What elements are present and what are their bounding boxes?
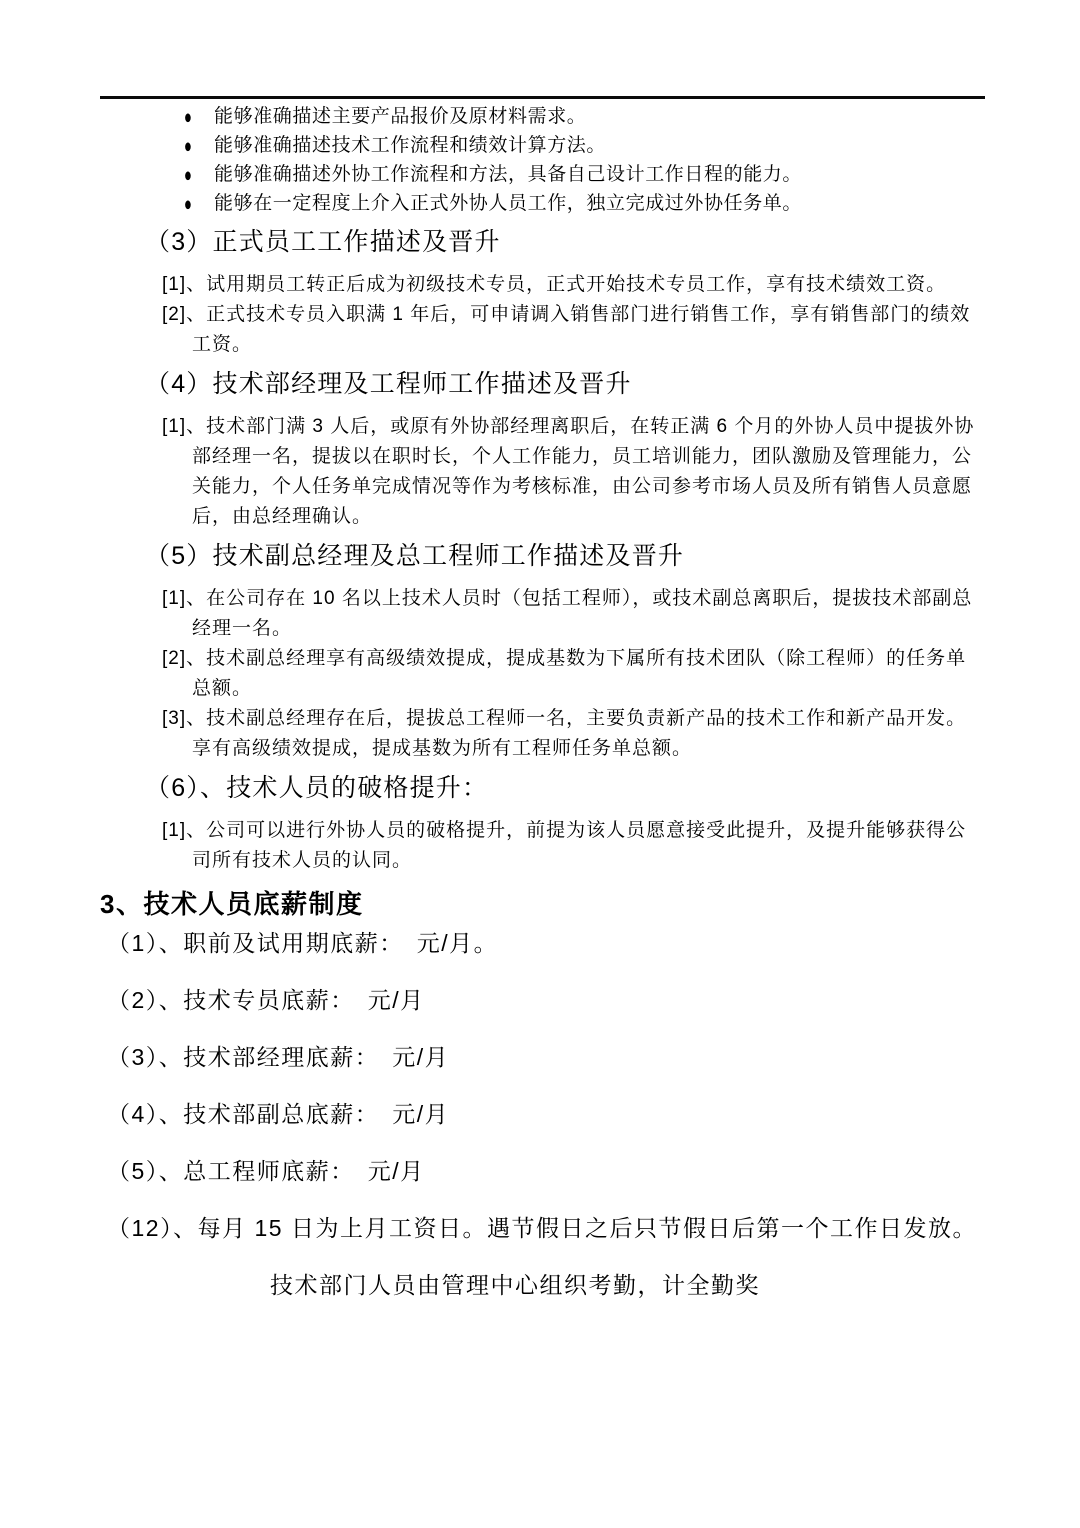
bullet-item: ● 能够准确描述主要产品报价及原材料需求。 bbox=[214, 102, 985, 131]
numbered-item: [1]、在公司存在 10 名以上技术人员时（包括工程师），或技术副总离职后，提拔… bbox=[192, 584, 985, 644]
section-4-heading: （4）技术部经理及工程师工作描述及晋升 bbox=[145, 368, 985, 400]
salary-item: （12）、每月 15 日为上月工资日。遇节假日之后只节假日后第一个工作日发放。 bbox=[107, 1213, 985, 1243]
salary-section: 3、技术人员底薪制度 （1）、职前及试用期底薪： 元/月。 （2）、技术专员底薪… bbox=[100, 886, 985, 1300]
numbered-item: [1]、公司可以进行外协人员的破格提升，前提为该人员愿意接受此提升，及提升能够获… bbox=[192, 816, 985, 876]
bullet-item: ● 能够在一定程度上介入正式外协人员工作，独立完成过外协任务单。 bbox=[214, 189, 985, 218]
bullet-item: ● 能够准确描述外协工作流程和方法，具备自己设计工作日程的能力。 bbox=[214, 160, 985, 189]
bullet-item-text: 能够准确描述技术工作流程和绩效计算方法。 bbox=[214, 135, 606, 156]
bullet-item-text: 能够在一定程度上介入正式外协人员工作，独立完成过外协任务单。 bbox=[214, 193, 802, 214]
numbered-item: [3]、技术副总经理存在后，提拔总工程师一名，主要负责新产品的技术工作和新产品开… bbox=[192, 704, 985, 764]
salary-item: （3）、技术部经理底薪： 元/月 bbox=[107, 1042, 985, 1072]
bullet-item-text: 能够准确描述主要产品报价及原材料需求。 bbox=[214, 106, 586, 127]
section-6: （6）、技术人员的破格提升： [1]、公司可以进行外协人员的破格提升，前提为该人… bbox=[100, 772, 985, 876]
section-5: （5）技术副总经理及总工程师工作描述及晋升 [1]、在公司存在 10 名以上技术… bbox=[100, 540, 985, 764]
document-page: ● 能够准确描述主要产品报价及原材料需求。 ● 能够准确描述技术工作流程和绩效计… bbox=[0, 0, 1080, 1528]
intro-bullet-list: ● 能够准确描述主要产品报价及原材料需求。 ● 能够准确描述技术工作流程和绩效计… bbox=[100, 102, 985, 218]
salary-item: （5）、总工程师底薪： 元/月 bbox=[107, 1156, 985, 1186]
bullet-item-text: 能够准确描述外协工作流程和方法，具备自己设计工作日程的能力。 bbox=[214, 164, 802, 185]
attendance-footer-note: 技术部门人员由管理中心组织考勤，计全勤奖 bbox=[100, 1270, 985, 1300]
header-rule: ● 能够准确描述主要产品报价及原材料需求。 ● 能够准确描述技术工作流程和绩效计… bbox=[100, 96, 985, 1300]
section-6-heading: （6）、技术人员的破格提升： bbox=[145, 772, 985, 804]
numbered-item: [1]、试用期员工转正后成为初级技术专员，正式开始技术专员工作，享有技术绩效工资… bbox=[192, 270, 985, 300]
salary-item: （4）、技术部副总底薪： 元/月 bbox=[107, 1099, 985, 1129]
salary-item: （2）、技术专员底薪： 元/月 bbox=[107, 985, 985, 1015]
bullet-dot-icon: ● bbox=[184, 181, 192, 226]
section-3-heading: （3）正式员工工作描述及晋升 bbox=[145, 226, 985, 258]
section-3: （3）正式员工工作描述及晋升 [1]、试用期员工转正后成为初级技术专员，正式开始… bbox=[100, 226, 985, 360]
section-5-heading: （5）技术副总经理及总工程师工作描述及晋升 bbox=[145, 540, 985, 572]
numbered-item: [1]、技术部门满 3 人后，或原有外协部经理离职后，在转正满 6 个月的外协人… bbox=[192, 412, 985, 532]
numbered-item: [2]、正式技术专员入职满 1 年后，可申请调入销售部门进行销售工作，享有销售部… bbox=[192, 300, 985, 360]
salary-section-heading: 3、技术人员底薪制度 bbox=[100, 886, 985, 922]
section-4: （4）技术部经理及工程师工作描述及晋升 [1]、技术部门满 3 人后，或原有外协… bbox=[100, 368, 985, 532]
bullet-item: ● 能够准确描述技术工作流程和绩效计算方法。 bbox=[214, 131, 985, 160]
numbered-item: [2]、技术副总经理享有高级绩效提成，提成基数为下属所有技术团队（除工程师）的任… bbox=[192, 644, 985, 704]
salary-item: （1）、职前及试用期底薪： 元/月。 bbox=[107, 928, 985, 958]
